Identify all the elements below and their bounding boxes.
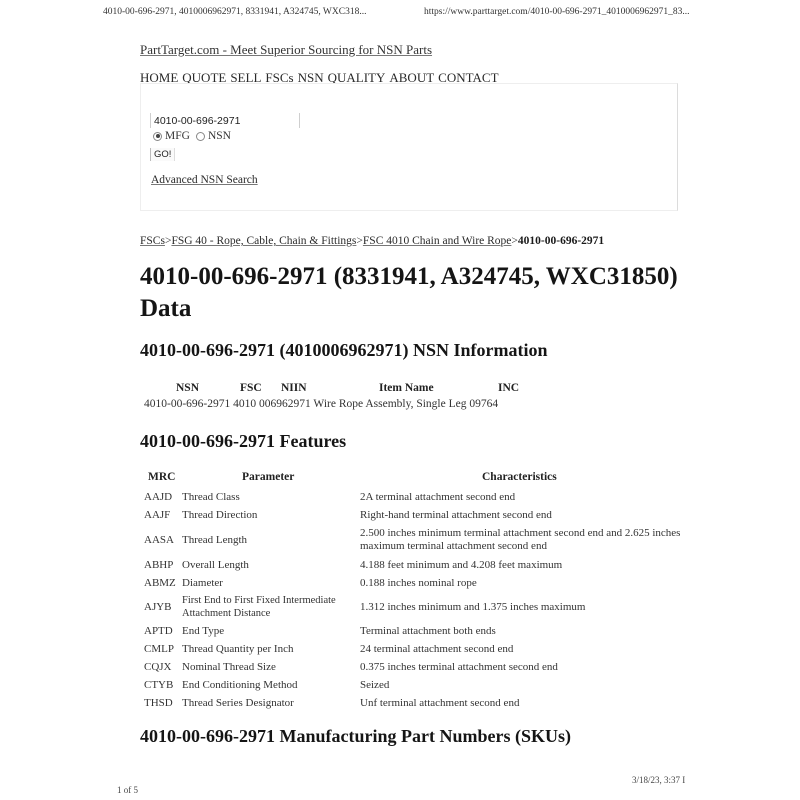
- features-row: AASAThread Length2.500 inches minimum te…: [144, 524, 684, 556]
- mrc-code: ABHP: [144, 559, 182, 571]
- mrc-code: AASA: [144, 534, 182, 546]
- nsn-col-header-nsn: NSN: [176, 382, 199, 394]
- features-row: CMLPThread Quantity per Inch24 terminal …: [144, 640, 684, 658]
- nsn-value: 4010-00-696-2971: [144, 398, 230, 410]
- features-row: AAJDThread Class2A terminal attachment s…: [144, 488, 684, 506]
- characteristics-value: 24 terminal attachment second end: [360, 643, 684, 656]
- nsn-info-heading: 4010-00-696-2971 (4010006962971) NSN Inf…: [140, 340, 547, 361]
- mrc-code: APTD: [144, 625, 182, 637]
- parameter-name: Thread Class: [182, 491, 360, 504]
- mpn-heading: 4010-00-696-2971 Manufacturing Part Numb…: [140, 726, 571, 747]
- characteristics-value: 2A terminal attachment second end: [360, 491, 684, 504]
- radio-mfg[interactable]: [153, 132, 162, 141]
- characteristics-value: 1.312 inches minimum and 1.375 inches ma…: [360, 601, 684, 614]
- features-col-header-characteristics: Characteristics: [482, 471, 557, 483]
- print-footer-datetime: 3/18/23, 3:37 I: [632, 775, 685, 785]
- parameter-name: Thread Series Designator: [182, 697, 360, 710]
- mrc-code: AAJD: [144, 491, 182, 503]
- mrc-code: THSD: [144, 697, 182, 709]
- nsn-col-header-fsc: FSC: [240, 382, 262, 394]
- nsn-col-header-item-name: Item Name: [379, 382, 434, 394]
- breadcrumb-fsc[interactable]: FSC 4010 Chain and Wire Rope: [363, 235, 512, 247]
- features-row: CTYBEnd Conditioning MethodSeized: [144, 676, 684, 694]
- page-title: 4010-00-696-2971 (8331941, A324745, WXC3…: [140, 261, 700, 325]
- features-row: AAJFThread DirectionRight-hand terminal …: [144, 506, 684, 524]
- mrc-code: ABMZ: [144, 577, 182, 589]
- parameter-name: First End to First Fixed Intermediate At…: [182, 594, 360, 620]
- characteristics-value: 0.375 inches terminal attachment second …: [360, 661, 684, 674]
- radio-nsn-label[interactable]: NSN: [208, 130, 231, 142]
- print-header-url: https://www.parttarget.com/4010-00-696-2…: [424, 7, 689, 17]
- characteristics-value: Right-hand terminal attachment second en…: [360, 509, 684, 522]
- parameter-name: Thread Direction: [182, 509, 360, 522]
- print-footer-page: 1 of 5: [117, 785, 138, 795]
- niin-value: 006962971: [259, 398, 311, 410]
- mrc-code: CTYB: [144, 679, 182, 691]
- characteristics-value: 0.188 inches nominal rope: [360, 577, 684, 590]
- parameter-name: Thread Length: [182, 534, 360, 547]
- radio-nsn[interactable]: [196, 132, 205, 141]
- go-button[interactable]: GO!: [150, 148, 175, 161]
- parameter-name: End Type: [182, 625, 360, 638]
- features-row: APTDEnd TypeTerminal attachment both end…: [144, 622, 684, 640]
- parameter-name: Overall Length: [182, 559, 360, 572]
- features-heading: 4010-00-696-2971 Features: [140, 431, 346, 452]
- characteristics-value: 4.188 feet minimum and 4.208 feet maximu…: [360, 559, 684, 572]
- advanced-search-link[interactable]: Advanced NSN Search: [151, 174, 258, 186]
- item-name-value: Wire Rope Assembly, Single Leg: [313, 398, 466, 410]
- parameter-name: End Conditioning Method: [182, 679, 360, 692]
- features-row: ABMZDiameter0.188 inches nominal rope: [144, 574, 684, 592]
- mrc-code: CMLP: [144, 643, 182, 655]
- mrc-code: AAJF: [144, 509, 182, 521]
- mrc-code: AJYB: [144, 601, 182, 613]
- radio-mfg-label[interactable]: MFG: [165, 130, 190, 142]
- characteristics-value: Unf terminal attachment second end: [360, 697, 684, 710]
- search-input[interactable]: [150, 113, 300, 128]
- features-col-header-parameter: Parameter: [242, 471, 294, 483]
- site-tagline-link[interactable]: PartTarget.com - Meet Superior Sourcing …: [140, 42, 432, 58]
- mrc-code: CQJX: [144, 661, 182, 673]
- characteristics-value: Terminal attachment both ends: [360, 625, 684, 638]
- parameter-name: Nominal Thread Size: [182, 661, 360, 674]
- breadcrumb-fscs[interactable]: FSCs: [140, 235, 165, 247]
- print-header-title: 4010-00-696-2971, 4010006962971, 8331941…: [103, 7, 366, 17]
- nsn-info-row: 4010-00-696-2971 4010 006962971 Wire Rop…: [144, 398, 498, 410]
- breadcrumb: FSCs>FSG 40 - Rope, Cable, Chain & Fitti…: [140, 235, 604, 247]
- characteristics-value: Seized: [360, 679, 684, 692]
- characteristics-value: 2.500 inches minimum terminal attachment…: [360, 527, 684, 553]
- search-panel: [140, 83, 678, 211]
- features-row: CQJXNominal Thread Size0.375 inches term…: [144, 658, 684, 676]
- features-table: AAJDThread Class2A terminal attachment s…: [144, 488, 684, 712]
- inc-value: 09764: [469, 398, 498, 410]
- parameter-name: Thread Quantity per Inch: [182, 643, 360, 656]
- features-row: THSDThread Series DesignatorUnf terminal…: [144, 694, 684, 712]
- breadcrumb-current: 4010-00-696-2971: [518, 235, 604, 247]
- search-type-radios: MFG NSN: [153, 130, 231, 142]
- features-row: ABHPOverall Length4.188 feet minimum and…: [144, 556, 684, 574]
- nsn-col-header-inc: INC: [498, 382, 519, 394]
- parameter-name: Diameter: [182, 577, 360, 590]
- features-row: AJYBFirst End to First Fixed Intermediat…: [144, 592, 684, 622]
- features-col-header-mrc: MRC: [148, 471, 175, 483]
- nsn-col-header-niin: NIIN: [281, 382, 307, 394]
- breadcrumb-fsg[interactable]: FSG 40 - Rope, Cable, Chain & Fittings: [171, 235, 356, 247]
- fsc-value: 4010: [233, 398, 256, 410]
